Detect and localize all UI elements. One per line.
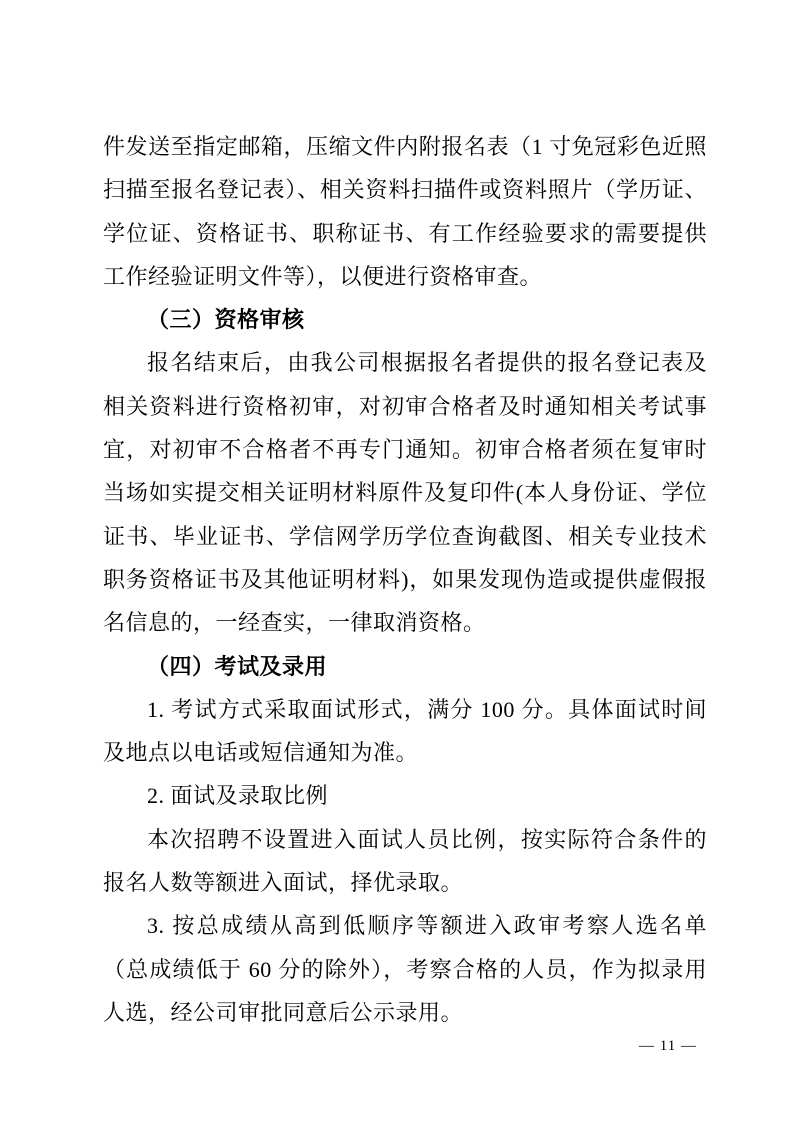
document-page: 件发送至指定邮箱，压缩文件内附报名表（1 寸免冠彩色近照扫描至报名登记表）、相关… xyxy=(0,0,793,1122)
paragraph-interview-ratio: 本次招聘不设置进入面试人员比例，按实际符合条件的报名人数等额进入面试，择优录取。 xyxy=(103,818,707,905)
paragraph-interview-ratio-title: 2. 面试及录取比例 xyxy=(103,774,707,817)
paragraph-application-materials: 件发送至指定邮箱，压缩文件内附报名表（1 寸免冠彩色近照扫描至报名登记表）、相关… xyxy=(103,125,707,298)
paragraph-qualification-review: 报名结束后，由我公司根据报名者提供的报名登记表及相关资料进行资格初审，对初审合格… xyxy=(103,341,707,644)
paragraph-exam-format: 1. 考试方式采取面试形式，满分 100 分。具体面试时间及地点以电话或短信通知… xyxy=(103,688,707,775)
section-heading-qualification-review: （三）资格审核 xyxy=(103,298,707,341)
document-body: 件发送至指定邮箱，压缩文件内附报名表（1 寸免冠彩色近照扫描至报名登记表）、相关… xyxy=(103,125,707,1034)
page-number: — 11 — xyxy=(639,1036,697,1056)
paragraph-final-selection: 3. 按总成绩从高到低顺序等额进入政审考察人选名单（总成绩低于 60 分的除外）… xyxy=(103,904,707,1034)
section-heading-exam-and-hiring: （四）考试及录用 xyxy=(103,645,707,688)
